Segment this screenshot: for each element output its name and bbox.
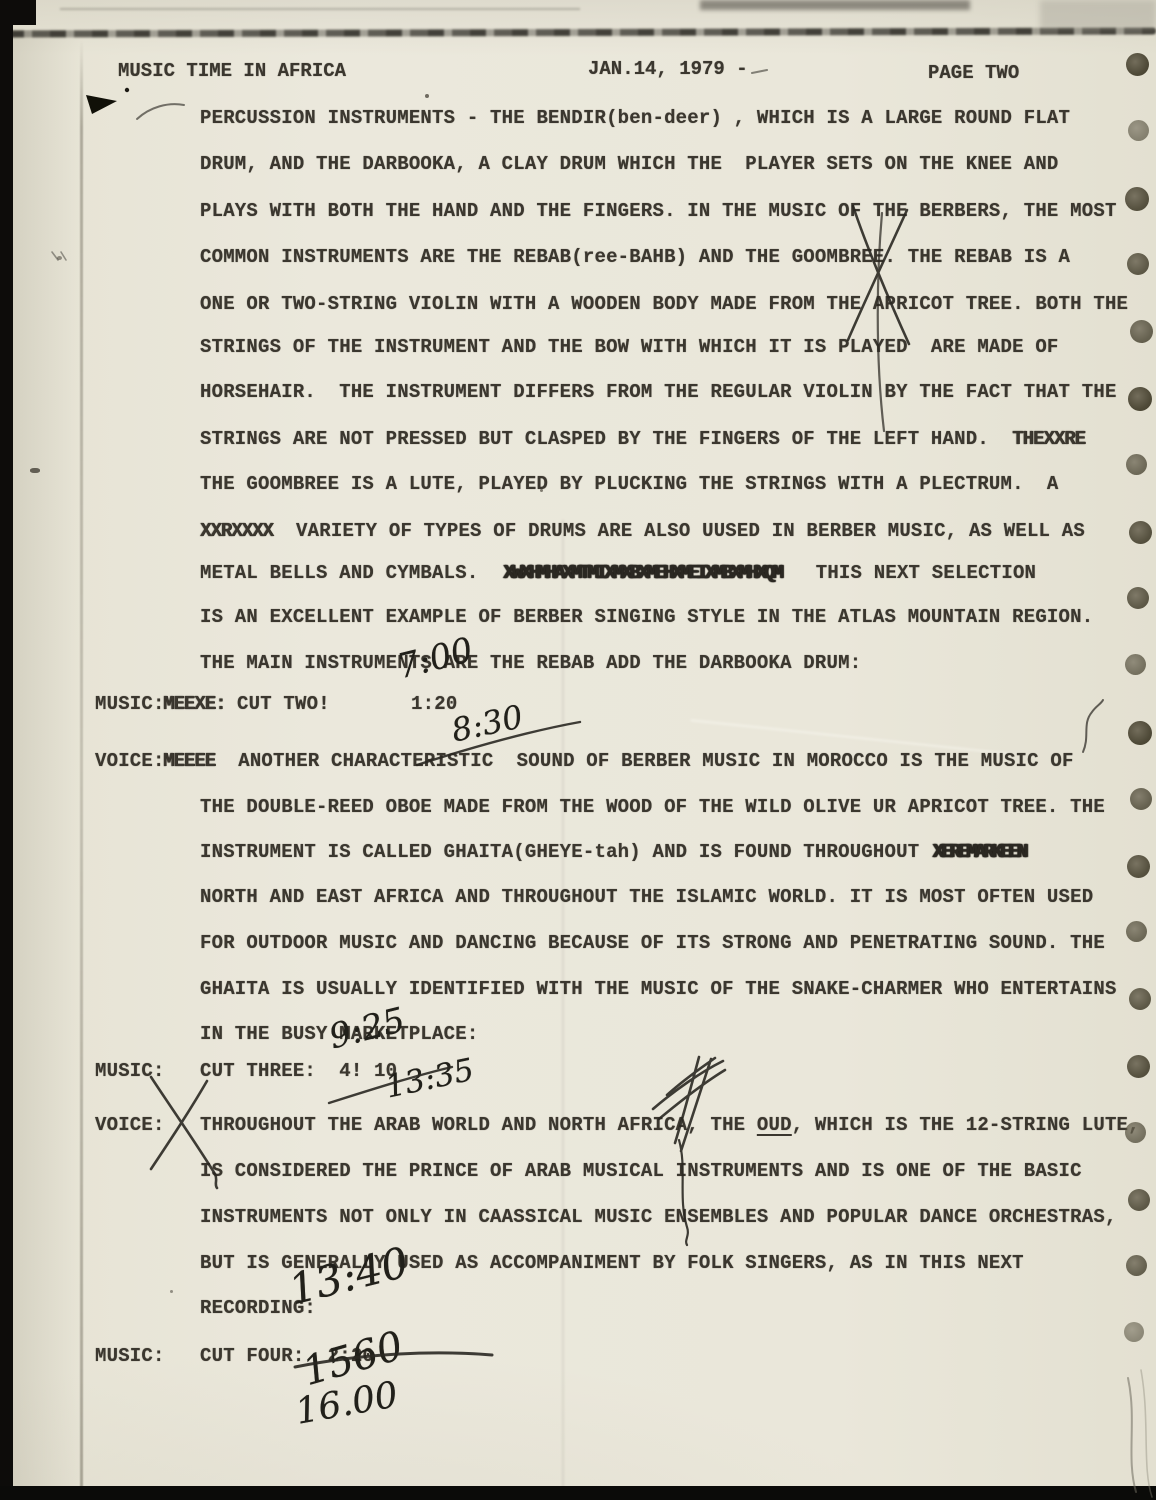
paper-crease-line: [1141, 1370, 1152, 1497]
pen-x-mark: [151, 1077, 217, 1188]
pen-squiggle: [1083, 700, 1103, 752]
paper-crease-line: [1128, 1378, 1136, 1492]
pen-strike-line: [329, 1067, 452, 1103]
pen-scribble: [679, 1140, 688, 1245]
ink-arrow-mark: [86, 95, 117, 114]
document-page: MUSIC TIME IN AFRICA JAN.14, 1979 - PAGE…: [0, 0, 1156, 1500]
ink-dot: [125, 88, 129, 92]
pen-x-mark: [151, 1081, 207, 1169]
pen-cross-stroke: [878, 213, 884, 431]
pen-strike-line: [417, 722, 580, 765]
pencil-tick: [137, 104, 184, 119]
pen-underline: [295, 1353, 492, 1367]
pencil-dash: [752, 70, 767, 73]
pencil-mark: [52, 252, 66, 260]
pen-marks-overlay: [0, 0, 1156, 1500]
